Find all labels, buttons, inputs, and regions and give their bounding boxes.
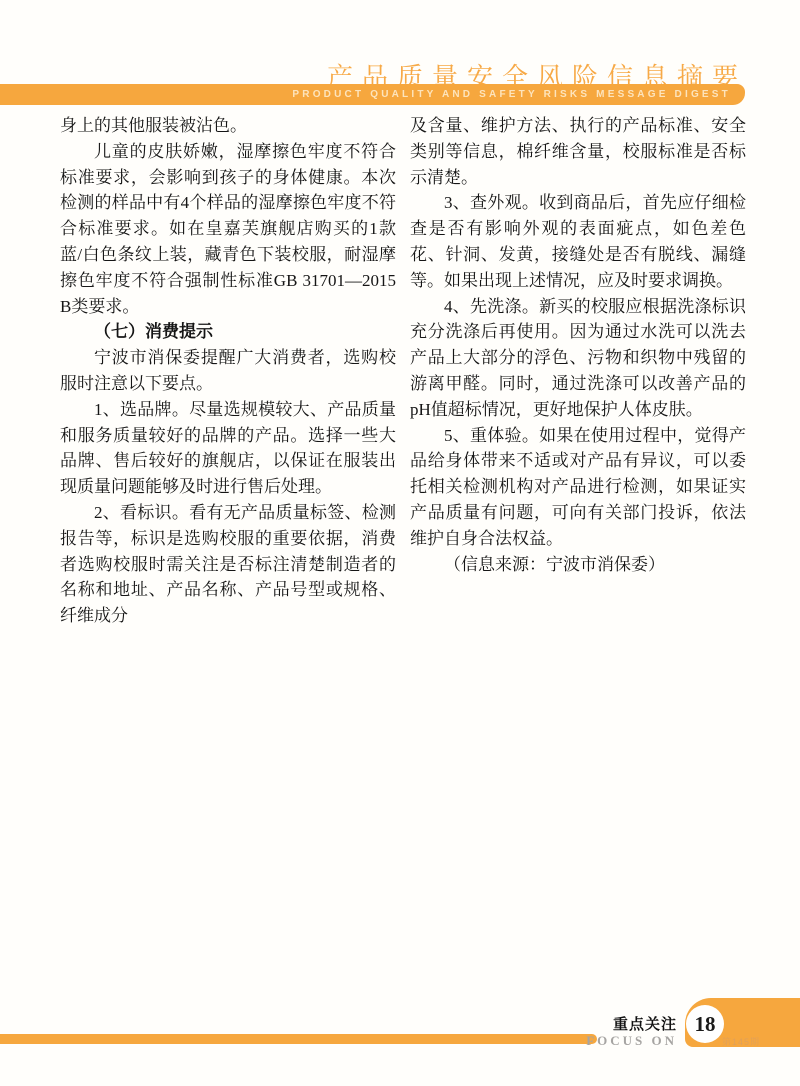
paragraph: 身上的其他服装被沾色。: [60, 113, 396, 139]
left-column: 身上的其他服装被沾色。 儿童的皮肤娇嫩，湿摩擦色牢度不符合标准要求，会影响到孩子…: [60, 113, 396, 629]
paragraph: 2、看标识。看有无产品质量标签、检测报告等，标识是选购校服的重要依据，消费者选购…: [60, 500, 396, 629]
document-page: 产品质量安全风险信息摘要 PRODUCT QUALITY AND SAFETY …: [0, 0, 800, 1086]
header-orange-bar: PRODUCT QUALITY AND SAFETY RISKS MESSAGE…: [0, 84, 745, 105]
footer-page-number-block: 18 第145期: [685, 998, 800, 1047]
source-note: （信息来源：宁波市消保委）: [410, 552, 746, 578]
paragraph: 4、先洗涤。新买的校服应根据洗涤标识充分洗涤后再使用。因为通过水洗可以洗去产品上…: [410, 294, 746, 423]
paragraph: 1、选品牌。尽量选规模较大、产品质量和服务质量较好的品牌的产品。选择一些大品牌、…: [60, 397, 396, 500]
footer-section-title-cn: 重点关注: [586, 1017, 677, 1033]
paragraph: 3、查外观。收到商品后，首先应仔细检查是否有影响外观的表面疵点，如色差色花、针洞…: [410, 190, 746, 293]
paragraph: 及含量、维护方法、执行的产品标准、安全类别等信息，棉纤维含量，校服标准是否标示清…: [410, 113, 746, 190]
paragraph: 5、重体验。如果在使用过程中，觉得产品给身体带来不适或对产品有异议，可以委托相关…: [410, 423, 746, 552]
footer-section-labels: 重点关注 FOCUS ON: [586, 1017, 677, 1048]
footer-section-title-en: FOCUS ON: [586, 1034, 677, 1048]
page-body: 身上的其他服装被沾色。 儿童的皮肤娇嫩，湿摩擦色牢度不符合标准要求，会影响到孩子…: [60, 113, 746, 629]
section-heading: （七）消费提示: [60, 319, 396, 345]
footer-orange-rule: [0, 1034, 597, 1044]
right-column: 及含量、维护方法、执行的产品标准、安全类别等信息，棉纤维含量，校服标准是否标示清…: [410, 113, 746, 629]
page-header-subtitle: PRODUCT QUALITY AND SAFETY RISKS MESSAGE…: [292, 84, 731, 105]
page-number-badge: 18: [686, 1005, 724, 1043]
issue-label: 第145期: [722, 1035, 760, 1048]
paragraph: 宁波市消保委提醒广大消费者，选购校服时注意以下要点。: [60, 345, 396, 397]
paragraph: 儿童的皮肤娇嫩，湿摩擦色牢度不符合标准要求，会影响到孩子的身体健康。本次检测的样…: [60, 139, 396, 320]
